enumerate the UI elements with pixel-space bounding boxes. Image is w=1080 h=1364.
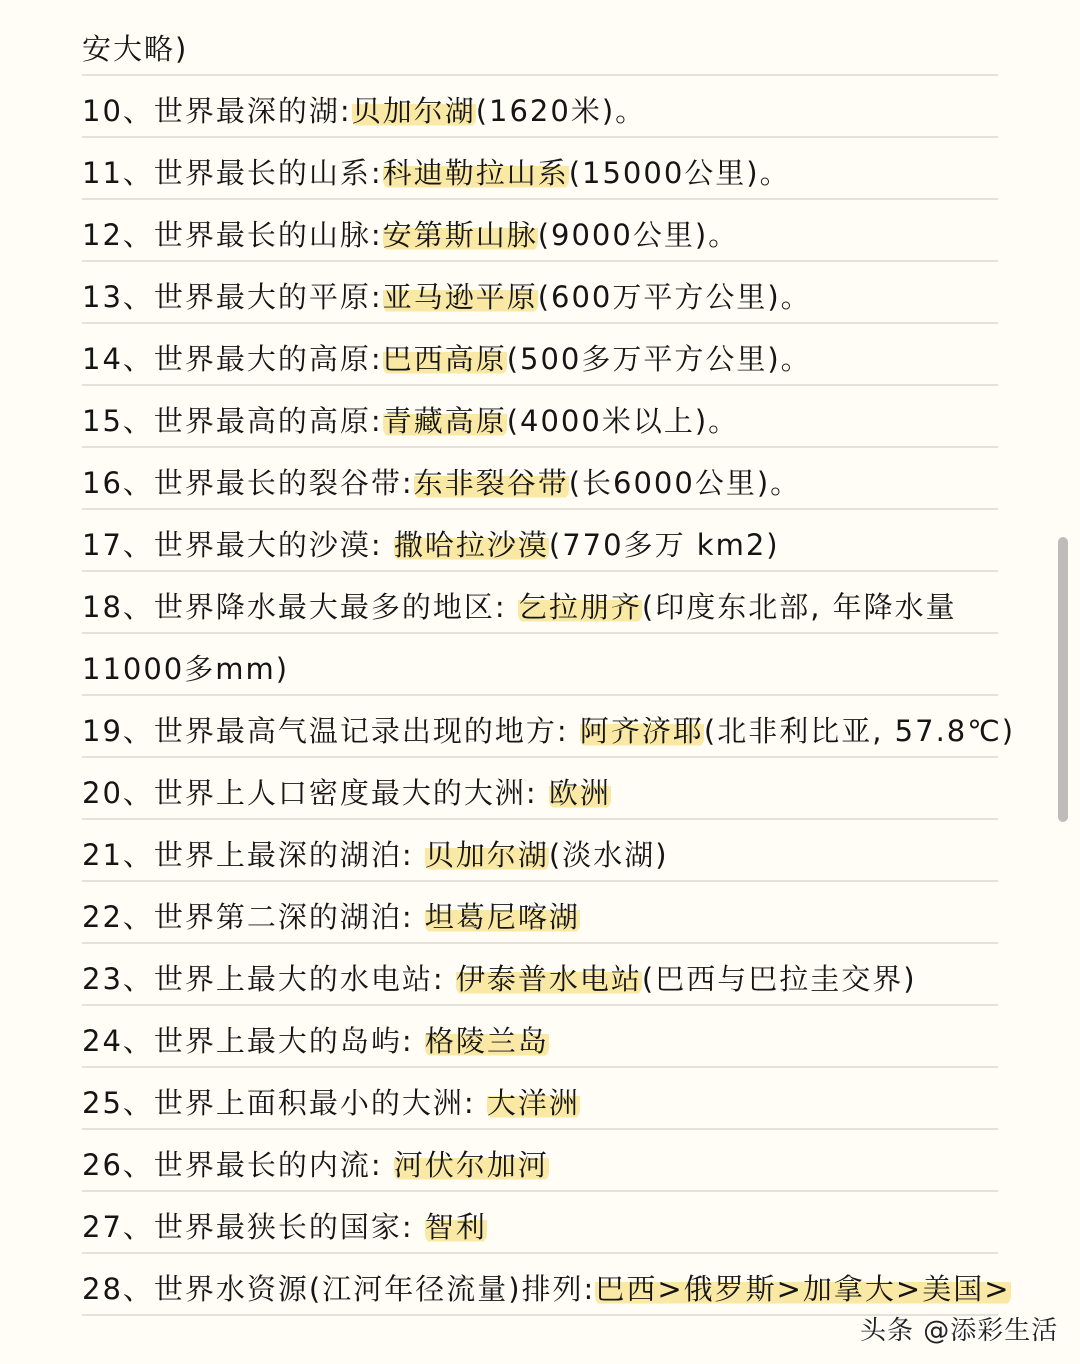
note-line: 11、世界最长的山系:科迪勒拉山系(15000公里)。 [82,138,998,200]
item-number: 14、 [82,342,154,376]
highlighted-answer: 阿齐济耶 [580,714,704,748]
item-number: 24、 [82,1024,154,1058]
item-number: 19、 [82,714,154,748]
note-line: 14、世界最大的高原:巴西高原(500多万平方公里)。 [82,324,998,386]
highlighted-answer: 东非裂谷带 [414,466,569,500]
item-label: 世界最大的沙漠: [154,528,394,562]
highlighted-answer: 格陵兰岛 [425,1024,549,1058]
item-number: 13、 [82,280,154,314]
note-line: 15、世界最高的高原:青藏高原(4000米以上)。 [82,386,998,448]
note-line: 27、世界最狭长的国家: 智利 [82,1192,998,1254]
item-label: 世界最大的平原: [154,280,383,314]
item-number: 26、 [82,1148,154,1182]
item-label: 世界最长的山系: [154,156,383,190]
item-detail: (长6000公里)。 [569,466,801,500]
item-label: 世界最深的湖: [154,94,352,128]
note-line: 18、世界降水最大最多的地区: 乞拉朋齐(印度东北部, 年降水量 [82,572,998,634]
item-number: 18、 [82,590,154,624]
item-label: 世界水资源(江河年径流量)排列: [154,1272,595,1306]
item-label: 世界最高气温记录出现的地方: [154,714,580,748]
note-line: 19、世界最高气温记录出现的地方: 阿齐济耶(北非利比亚, 57.8℃) [82,696,998,758]
item-label: 世界最长的内流: [154,1148,394,1182]
item-number: 17、 [82,528,154,562]
highlighted-answer: 亚马逊平原 [383,280,538,314]
note-line: 16、世界最长的裂谷带:东非裂谷带(长6000公里)。 [82,448,998,510]
item-label: 世界最狭长的国家: [154,1210,425,1244]
item-label: 世界上最大的岛屿: [154,1024,425,1058]
note-line: 28、世界水资源(江河年径流量)排列:巴西>俄罗斯>加拿大>美国> [82,1254,998,1316]
item-detail: (北非利比亚, 57.8℃) [704,714,1015,748]
item-label: 世界上最深的湖泊: [154,838,425,872]
item-detail: 11000多mm) [82,652,289,686]
item-number: 27、 [82,1210,154,1244]
item-detail: (600万平方公里)。 [538,280,812,314]
note-line: 11000多mm) [82,634,998,696]
highlighted-answer: 巴西>俄罗斯>加拿大>美国> [595,1272,1010,1306]
item-number: 11、 [82,156,154,190]
note-line: 安大略) [82,14,998,76]
item-label: 世界最大的高原: [154,342,383,376]
item-number: 16、 [82,466,154,500]
item-detail: (500多万平方公里)。 [507,342,812,376]
item-label: 世界上最大的水电站: [154,962,456,996]
item-detail: (淡水湖) [549,838,669,872]
note-line: 10、世界最深的湖:贝加尔湖(1620米)。 [82,76,998,138]
item-detail: (9000公里)。 [538,218,739,252]
item-detail: (印度东北部, 年降水量 [642,590,957,624]
highlighted-answer: 坦葛尼喀湖 [425,900,580,934]
highlighted-answer: 科迪勒拉山系 [383,156,569,190]
note-line: 22、世界第二深的湖泊: 坦葛尼喀湖 [82,882,998,944]
highlighted-answer: 乞拉朋齐 [518,590,642,624]
item-label: 世界上面积最小的大洲: [154,1086,487,1120]
item-label: 世界最高的高原: [154,404,383,438]
item-label: 世界上人口密度最大的大洲: [154,776,549,810]
item-label: 世界最长的裂谷带: [154,466,414,500]
item-detail: (4000米以上)。 [507,404,739,438]
note-line: 26、世界最长的内流: 河伏尔加河 [82,1130,998,1192]
item-detail: (15000公里)。 [569,156,791,190]
vertical-scrollbar[interactable] [1058,537,1068,822]
highlighted-answer: 撒哈拉沙漠 [394,528,549,562]
highlighted-answer: 智利 [425,1210,487,1244]
highlighted-answer: 欧洲 [549,776,611,810]
note-line: 25、世界上面积最小的大洲: 大洋洲 [82,1068,998,1130]
item-number: 15、 [82,404,154,438]
item-number: 20、 [82,776,154,810]
highlighted-answer: 贝加尔湖 [352,94,476,128]
note-line: 20、世界上人口密度最大的大洲: 欧洲 [82,758,998,820]
highlighted-answer: 贝加尔湖 [425,838,549,872]
item-label: 世界降水最大最多的地区: [154,590,518,624]
item-detail: 安大略) [82,32,188,66]
note-line: 23、世界上最大的水电站: 伊泰普水电站(巴西与巴拉圭交界) [82,944,998,1006]
note-line: 12、世界最长的山脉:安第斯山脉(9000公里)。 [82,200,998,262]
item-detail: (1620米)。 [476,94,646,128]
note-page: 安大略) 10、世界最深的湖:贝加尔湖(1620米)。 11、世界最长的山系:科… [0,0,1080,1364]
item-label: 世界最长的山脉: [154,218,383,252]
item-number: 25、 [82,1086,154,1120]
highlighted-answer: 巴西高原 [383,342,507,376]
highlighted-answer: 安第斯山脉 [383,218,538,252]
item-number: 12、 [82,218,154,252]
highlighted-answer: 大洋洲 [487,1086,580,1120]
note-line: 24、世界上最大的岛屿: 格陵兰岛 [82,1006,998,1068]
item-label: 世界第二深的湖泊: [154,900,425,934]
item-number: 10、 [82,94,154,128]
highlighted-answer: 河伏尔加河 [394,1148,549,1182]
watermark: 头条 @添彩生活 [860,1310,1058,1347]
item-detail: (巴西与巴拉圭交界) [642,962,917,996]
item-number: 28、 [82,1272,154,1306]
highlighted-answer: 青藏高原 [383,404,507,438]
item-number: 23、 [82,962,154,996]
note-line: 21、世界上最深的湖泊: 贝加尔湖(淡水湖) [82,820,998,882]
highlighted-answer: 伊泰普水电站 [456,962,642,996]
item-detail: (770多万 km2) [549,528,780,562]
note-line: 13、世界最大的平原:亚马逊平原(600万平方公里)。 [82,262,998,324]
item-number: 22、 [82,900,154,934]
item-number: 21、 [82,838,154,872]
note-line: 17、世界最大的沙漠: 撒哈拉沙漠(770多万 km2) [82,510,998,572]
